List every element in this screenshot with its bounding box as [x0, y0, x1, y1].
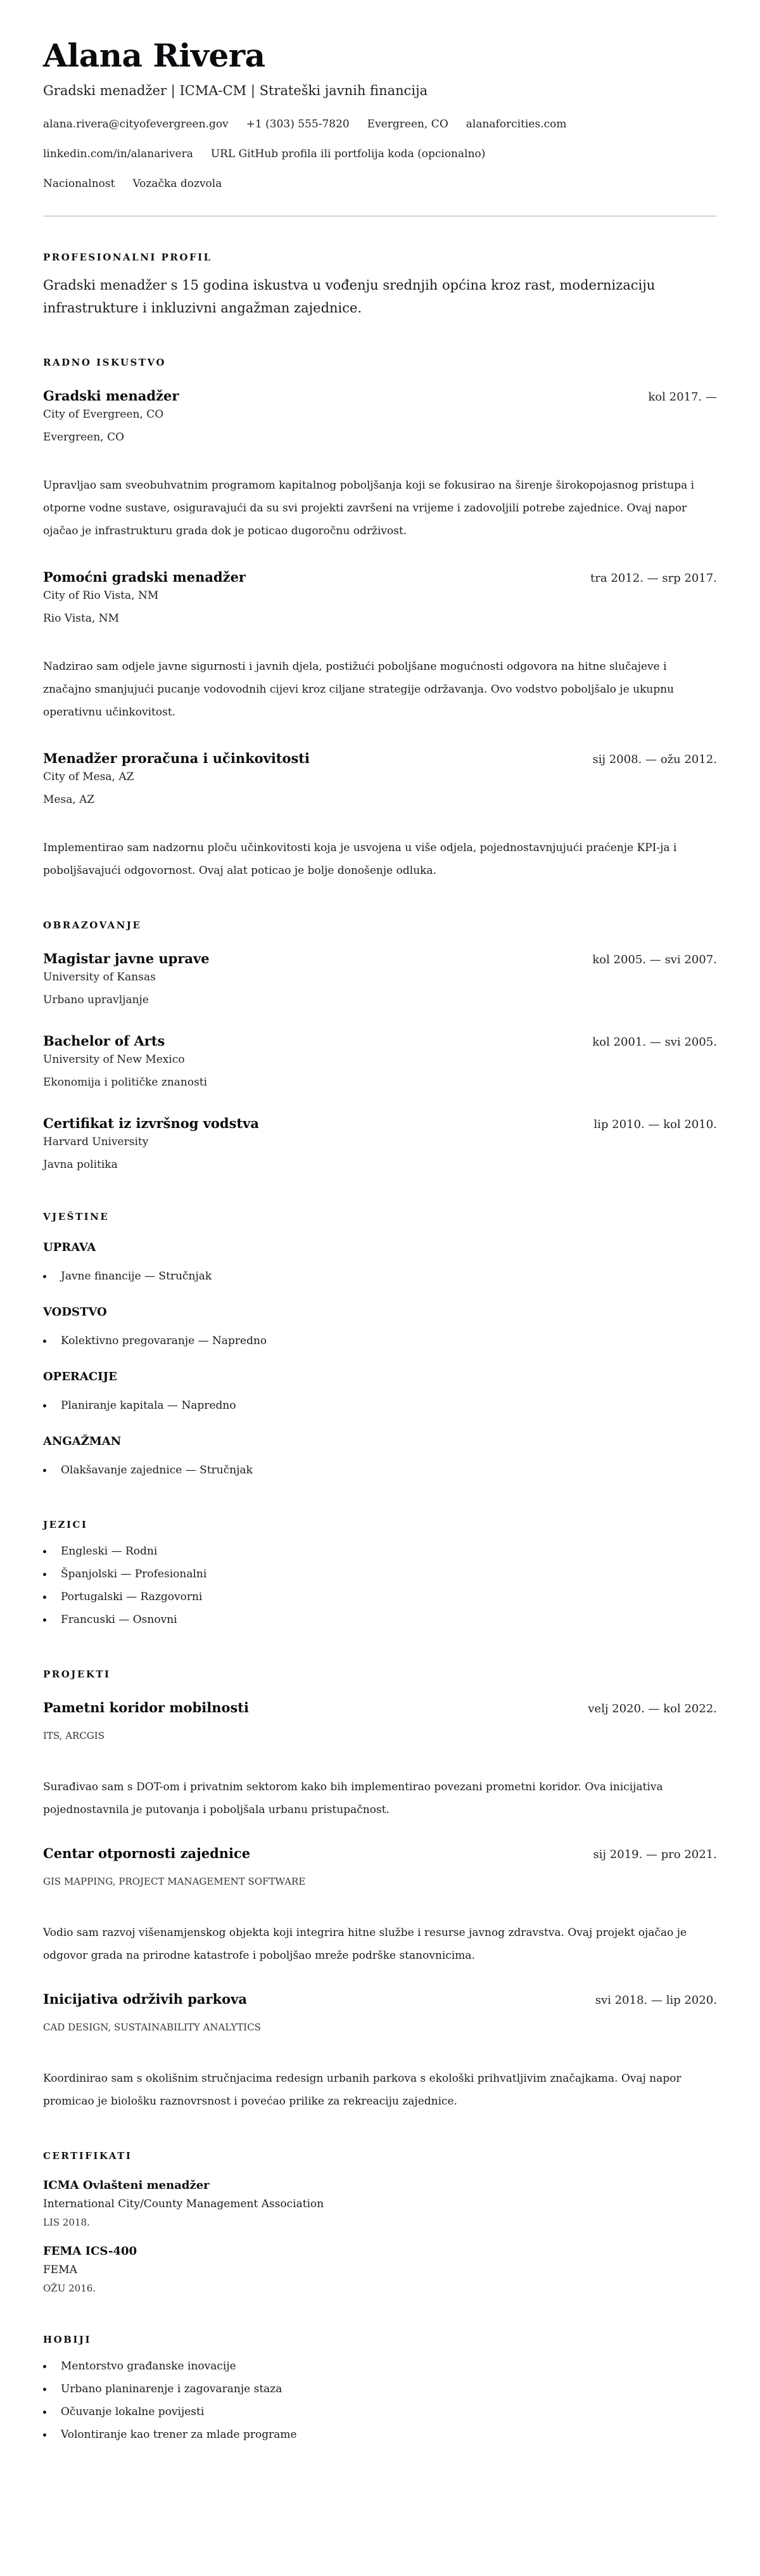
- certificate-title: ICMA Ovlašteni menadžer: [43, 2177, 717, 2194]
- profile-section: PROFESIONALNI PROFIL Gradski menadžer s …: [43, 251, 717, 319]
- nationality: Nacionalnost: [43, 176, 115, 191]
- skills-section: VJEŠTINE UPRAVAJavne financije — Stručnj…: [43, 1210, 717, 1482]
- education-entry: Certifikat iz izvršnog vodstvalip 2010. …: [43, 1114, 717, 1174]
- section-heading: HOBIJI: [43, 2333, 717, 2346]
- skill-list: Javne financije — Stručnjak: [43, 1265, 717, 1288]
- entry-header: Centar otpornosti zajednicesij 2019. — p…: [43, 1844, 717, 1863]
- job-location: Mesa, AZ: [43, 791, 717, 809]
- language-item: Engleski — Rodni: [43, 1540, 717, 1563]
- education-entry: Bachelor of Artskol 2001. — svi 2005.Uni…: [43, 1032, 717, 1091]
- entry-header: Inicijativa održivih parkovasvi 2018. — …: [43, 1990, 717, 2009]
- section-heading: PROJEKTI: [43, 1668, 717, 1681]
- skill-group: UPRAVAJavne financije — Stručnjak: [43, 1240, 717, 1288]
- hobbies-list: Mentorstvo građanske inovacijeUrbano pla…: [43, 2355, 717, 2446]
- entry-header: Magistar javne upravekol 2005. — svi 200…: [43, 949, 717, 968]
- job-dates: kol 2017. —: [649, 390, 717, 404]
- section-heading: CERTIFIKATI: [43, 2150, 717, 2162]
- project-description: Surađivao sam s DOT-om i privatnim sekto…: [43, 1776, 717, 1821]
- skill-item: Kolektivno pregovaranje — Napredno: [43, 1330, 717, 1352]
- job-description: Nadzirao sam odjele javne sigurnosti i j…: [43, 655, 717, 724]
- project-entry: Inicijativa održivih parkovasvi 2018. — …: [43, 1990, 717, 2113]
- experience-entry: Gradski menadžerkol 2017. —City of Everg…: [43, 387, 717, 542]
- phone-number[interactable]: +1 (303) 555-7820: [246, 117, 350, 132]
- skill-group-title: VODSTVO: [43, 1304, 717, 1321]
- hobby-item: Mentorstvo građanske inovacije: [43, 2355, 717, 2378]
- hobbies-section: HOBIJI Mentorstvo građanske inovacijeUrb…: [43, 2333, 717, 2446]
- entry-header: Pametni koridor mobilnostivelj 2020. — k…: [43, 1698, 717, 1717]
- job-location: Rio Vista, NM: [43, 610, 717, 627]
- project-title: Centar otpornosti zajednice: [43, 1844, 250, 1863]
- school-name: Harvard University: [43, 1133, 717, 1151]
- location: Evergreen, CO: [367, 117, 448, 132]
- drivers-license: Vozačka dozvola: [132, 176, 222, 191]
- resume-page: Alana Rivera Gradski menadžer | ICMA-CM …: [0, 0, 760, 2484]
- projects-section: PROJEKTI Pametni koridor mobilnostivelj …: [43, 1668, 717, 2113]
- degree-title: Bachelor of Arts: [43, 1032, 165, 1051]
- education-dates: kol 2001. — svi 2005.: [592, 1035, 717, 1049]
- project-technologies: ITS, ARCGIS: [43, 1729, 717, 1743]
- degree-title: Magistar javne uprave: [43, 949, 210, 968]
- section-heading: RADNO ISKUSTVO: [43, 356, 717, 369]
- hobby-item: Volontiranje kao trener za mlade program…: [43, 2423, 717, 2446]
- entry-header: Gradski menadžerkol 2017. —: [43, 387, 717, 406]
- education-entry: Magistar javne upravekol 2005. — svi 200…: [43, 949, 717, 1009]
- entry-header: Menadžer proračuna i učinkovitostisij 20…: [43, 749, 717, 768]
- job-title: Pomoćni gradski menadžer: [43, 568, 246, 587]
- language-item: Španjolski — Profesionalni: [43, 1563, 717, 1586]
- skill-item: Javne financije — Stručnjak: [43, 1265, 717, 1288]
- profile-summary: Gradski menadžer s 15 godina iskustva u …: [43, 274, 717, 319]
- candidate-name: Alana Rivera: [43, 37, 717, 75]
- project-dates: sij 2019. — pro 2021.: [593, 1848, 718, 1861]
- job-description: Implementirao sam nadzornu ploču učinkov…: [43, 836, 717, 882]
- language-item: Portugalski — Razgovorni: [43, 1586, 717, 1608]
- email-link[interactable]: alana.rivera@cityofevergreen.gov: [43, 117, 229, 132]
- field-of-study: Javna politika: [43, 1156, 717, 1174]
- section-heading: VJEŠTINE: [43, 1210, 717, 1223]
- experience-entry: Pomoćni gradski menadžertra 2012. — srp …: [43, 568, 717, 724]
- project-description: Vodio sam razvoj višenamjenskog objekta …: [43, 1921, 717, 1967]
- employer: City of Evergreen, CO: [43, 406, 717, 423]
- skill-item: Olakšavanje zajednice — Stručnjak: [43, 1459, 717, 1482]
- field-of-study: Urbano upravljanje: [43, 991, 717, 1009]
- skill-group-title: UPRAVA: [43, 1240, 717, 1256]
- education-section: OBRAZOVANJE Magistar javne upravekol 200…: [43, 919, 717, 1174]
- project-title: Pametni koridor mobilnosti: [43, 1698, 249, 1717]
- experience-entry: Menadžer proračuna i učinkovitostisij 20…: [43, 749, 717, 882]
- skill-group: OPERACIJEPlaniranje kapitala — Napredno: [43, 1369, 717, 1417]
- project-technologies: GIS MAPPING, PROJECT MANAGEMENT SOFTWARE: [43, 1874, 717, 1888]
- linkedin-link[interactable]: linkedin.com/in/alanarivera: [43, 146, 193, 162]
- contact-row: linkedin.com/in/alanarivera URL GitHub p…: [43, 146, 717, 162]
- contact-row: alana.rivera@cityofevergreen.gov +1 (303…: [43, 117, 717, 132]
- certificate-date: OŽU 2016.: [43, 2280, 717, 2297]
- certificates-section: CERTIFIKATI ICMA Ovlašteni menadžerInter…: [43, 2150, 717, 2297]
- skill-list: Planiranje kapitala — Napredno: [43, 1394, 717, 1417]
- section-heading: PROFESIONALNI PROFIL: [43, 251, 717, 264]
- contact-row: Nacionalnost Vozačka dozvola: [43, 176, 717, 191]
- employer: City of Rio Vista, NM: [43, 587, 717, 605]
- github-placeholder: URL GitHub profila ili portfolija koda (…: [211, 146, 486, 162]
- languages-list: Engleski — RodniŠpanjolski — Profesional…: [43, 1540, 717, 1631]
- school-name: University of Kansas: [43, 968, 717, 986]
- job-location: Evergreen, CO: [43, 428, 717, 446]
- website-link[interactable]: alanaforcities.com: [466, 117, 567, 132]
- candidate-tagline: Gradski menadžer | ICMA-CM | Strateški j…: [43, 81, 717, 100]
- project-dates: velj 2020. — kol 2022.: [588, 1702, 717, 1715]
- header-divider: [43, 215, 717, 217]
- employer: City of Mesa, AZ: [43, 768, 717, 786]
- education-dates: kol 2005. — svi 2007.: [592, 953, 717, 966]
- job-dates: sij 2008. — ožu 2012.: [593, 753, 717, 766]
- project-technologies: CAD DESIGN, SUSTAINABILITY ANALYTICS: [43, 2020, 717, 2034]
- skill-list: Olakšavanje zajednice — Stručnjak: [43, 1459, 717, 1482]
- hobby-item: Očuvanje lokalne povijesti: [43, 2400, 717, 2423]
- job-dates: tra 2012. — srp 2017.: [590, 572, 717, 585]
- entry-header: Bachelor of Artskol 2001. — svi 2005.: [43, 1032, 717, 1051]
- resume-header: Alana Rivera Gradski menadžer | ICMA-CM …: [43, 37, 717, 191]
- field-of-study: Ekonomija i političke znanosti: [43, 1073, 717, 1091]
- project-entry: Pametni koridor mobilnostivelj 2020. — k…: [43, 1698, 717, 1821]
- school-name: University of New Mexico: [43, 1051, 717, 1068]
- experience-section: RADNO ISKUSTVO Gradski menadžerkol 2017.…: [43, 356, 717, 882]
- skill-group: ANGAŽMANOlakšavanje zajednice — Stručnja…: [43, 1433, 717, 1482]
- project-dates: svi 2018. — lip 2020.: [595, 1994, 717, 2007]
- section-heading: OBRAZOVANJE: [43, 919, 717, 932]
- project-description: Koordinirao sam s okolišnim stručnjacima…: [43, 2067, 717, 2113]
- hobby-item: Urbano planinarenje i zagovaranje staza: [43, 2378, 717, 2400]
- certificate-date: LIS 2018.: [43, 2214, 717, 2231]
- job-description: Upravljao sam sveobuhvatnim programom ka…: [43, 474, 717, 542]
- entry-header: Pomoćni gradski menadžertra 2012. — srp …: [43, 568, 717, 587]
- certificate-entry: FEMA ICS-400FEMAOŽU 2016.: [43, 2243, 717, 2297]
- certificate-issuer: International City/County Management Ass…: [43, 2194, 717, 2214]
- entry-header: Certifikat iz izvršnog vodstvalip 2010. …: [43, 1114, 717, 1133]
- skill-list: Kolektivno pregovaranje — Napredno: [43, 1330, 717, 1352]
- language-item: Francuski — Osnovni: [43, 1608, 717, 1631]
- languages-section: JEZICI Engleski — RodniŠpanjolski — Prof…: [43, 1518, 717, 1631]
- project-title: Inicijativa održivih parkova: [43, 1990, 247, 2009]
- education-dates: lip 2010. — kol 2010.: [594, 1118, 717, 1131]
- skill-item: Planiranje kapitala — Napredno: [43, 1394, 717, 1417]
- certificate-title: FEMA ICS-400: [43, 2243, 717, 2260]
- project-entry: Centar otpornosti zajednicesij 2019. — p…: [43, 1844, 717, 1967]
- section-heading: JEZICI: [43, 1518, 717, 1531]
- skill-group-title: OPERACIJE: [43, 1369, 717, 1385]
- job-title: Gradski menadžer: [43, 387, 179, 406]
- certificate-entry: ICMA Ovlašteni menadžerInternational Cit…: [43, 2177, 717, 2231]
- skill-group-title: ANGAŽMAN: [43, 1433, 717, 1450]
- certificate-issuer: FEMA: [43, 2260, 717, 2280]
- skill-group: VODSTVOKolektivno pregovaranje — Napredn…: [43, 1304, 717, 1352]
- degree-title: Certifikat iz izvršnog vodstva: [43, 1114, 259, 1133]
- job-title: Menadžer proračuna i učinkovitosti: [43, 749, 310, 768]
